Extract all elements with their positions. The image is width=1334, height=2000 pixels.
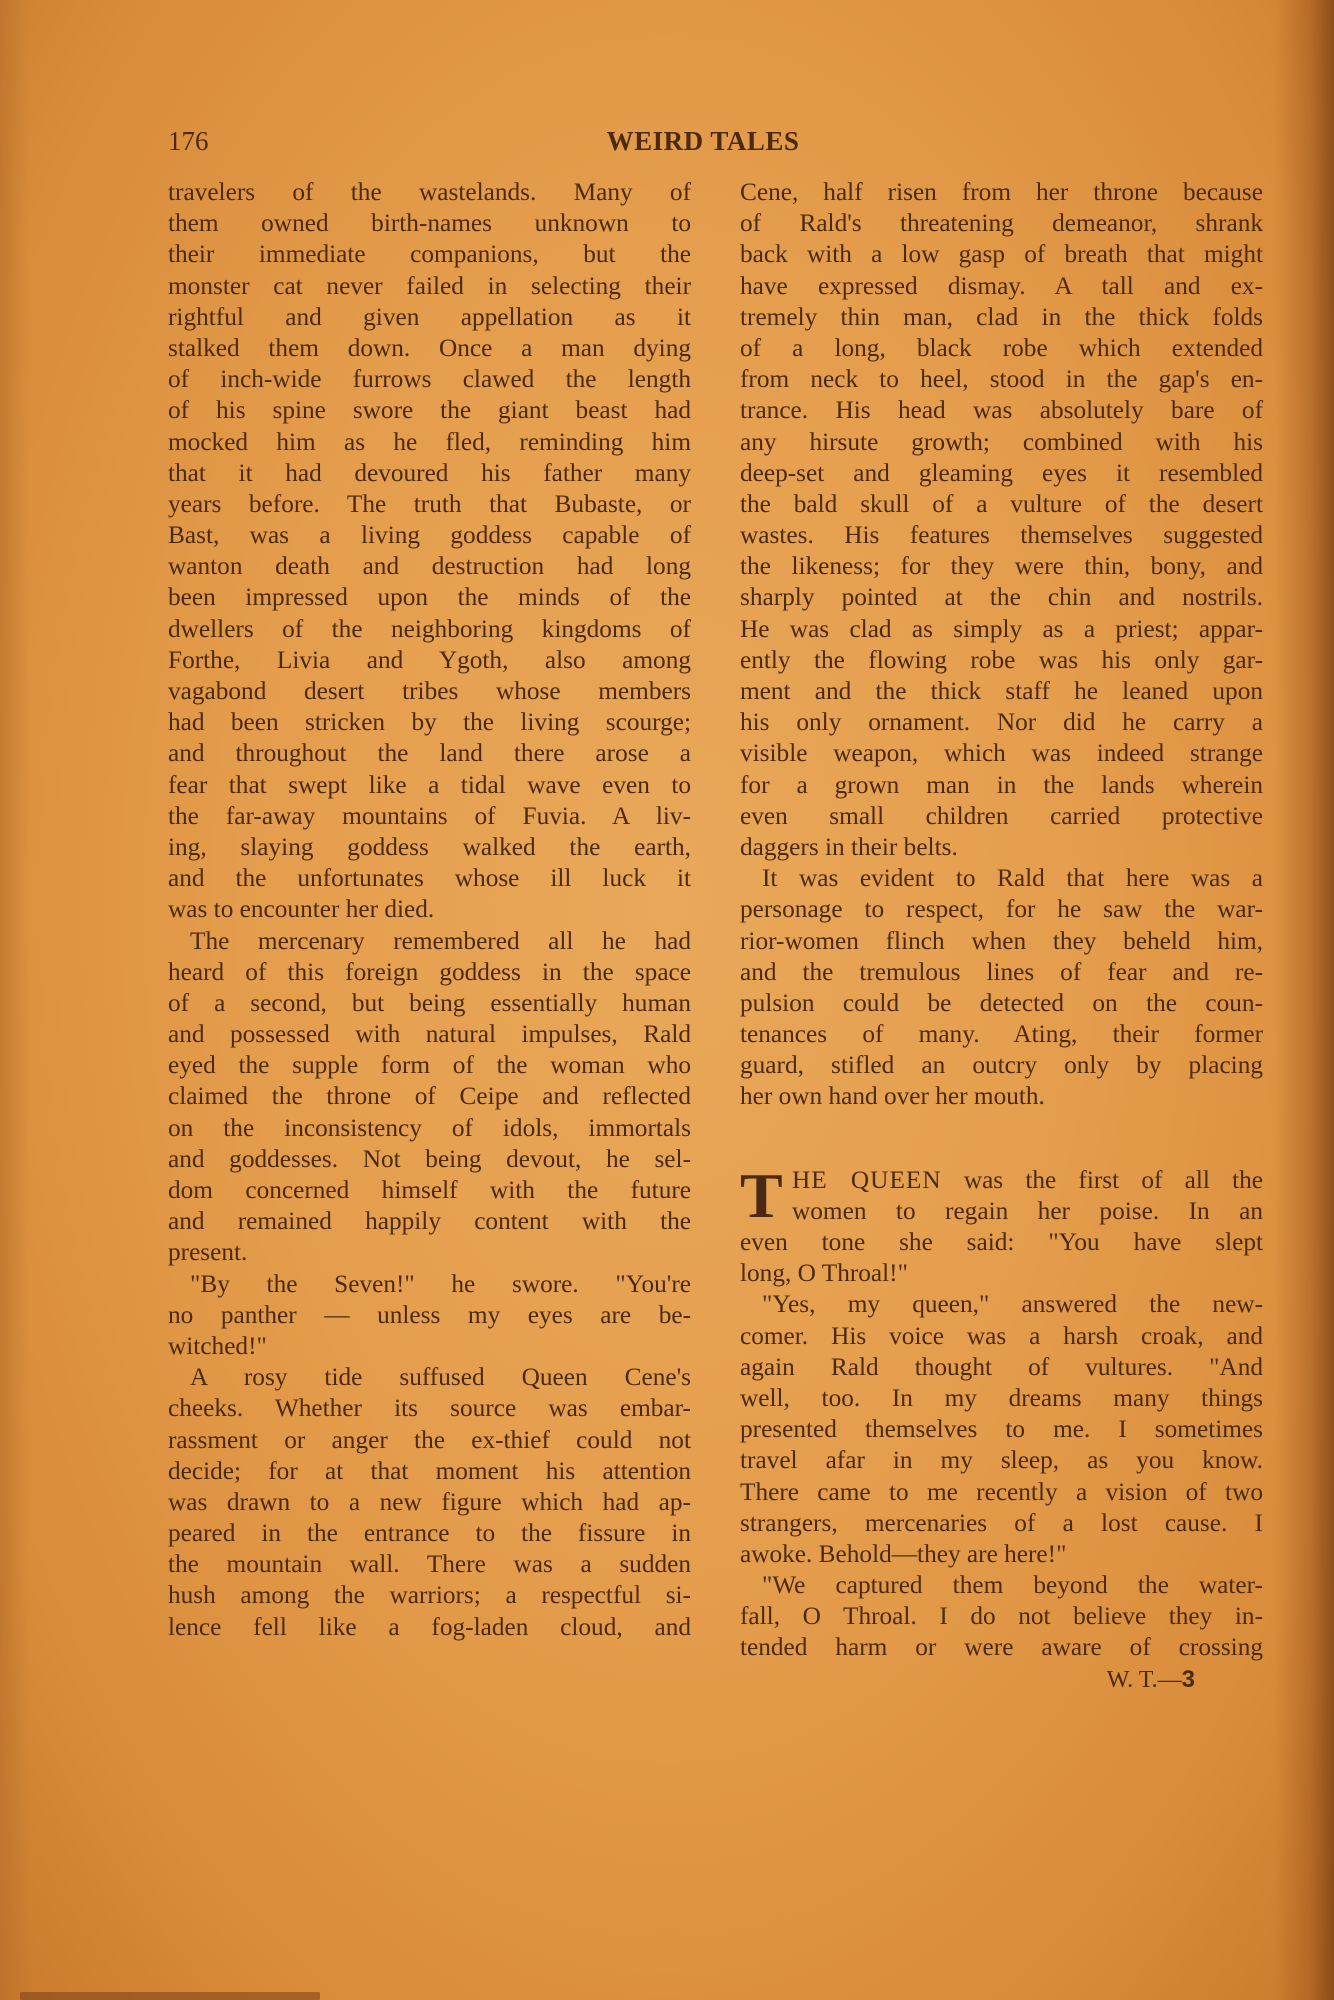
text-line: no panther — unless my eyes are be-: [168, 1300, 691, 1331]
text-line: It was evident to Rald that here was a: [740, 863, 1263, 894]
text-line: any hirsute growth; combined with his: [740, 427, 1263, 458]
text-line: Forthe, Livia and Ygoth, also among: [168, 645, 691, 676]
text-line: "We captured them beyond the water-: [740, 1570, 1263, 1601]
text-line: stalked them down. Once a man dying: [168, 333, 691, 364]
magazine-page: 176 WEIRD TALES travelers of the wastela…: [0, 0, 1334, 2000]
text-line: daggers in their belts.: [740, 832, 1263, 863]
text-line: travelers of the wastelands. Many of: [168, 177, 691, 208]
first-line-rest: was the first of all the: [964, 1166, 1263, 1194]
text-line: tenances of many. Ating, their former: [740, 1019, 1263, 1050]
text-line: ing, slaying goddess walked the earth,: [168, 832, 691, 863]
text-line: lence fell like a fog-laden cloud, and: [168, 1612, 691, 1643]
text-line: tended harm or were aware of crossing: [740, 1632, 1263, 1663]
text-line: rior-women flinch when they beheld him,: [740, 926, 1263, 957]
text-line: monster cat never failed in selecting th…: [168, 271, 691, 302]
section-opening: T HE QUEEN was the first of all the wome…: [740, 1165, 1263, 1227]
text-line: awoke. Behold—they are here!": [740, 1539, 1263, 1570]
text-line: their immediate companions, but the: [168, 239, 691, 270]
text-line: sharply pointed at the chin and nostrils…: [740, 582, 1263, 613]
text-line: wastes. His features themselves suggeste…: [740, 520, 1263, 551]
text-line: of a long, black robe which extended: [740, 333, 1263, 364]
signature-prefix: W. T.—: [1107, 1667, 1182, 1693]
signature-number: 3: [1182, 1666, 1195, 1693]
right-column-part-a: Cene, half risen from her throne because…: [740, 177, 1263, 1113]
text-line: eyed the supple form of the woman who: [168, 1050, 691, 1081]
text-line: fall, O Throal. I do not believe they in…: [740, 1601, 1263, 1632]
text-line: was drawn to a new figure which had ap-: [168, 1487, 691, 1518]
text-line: the far-away mountains of Fuvia. A liv-: [168, 801, 691, 832]
text-line: mocked him as he fled, reminding him: [168, 427, 691, 458]
text-line: "By the Seven!" he swore. "You're: [168, 1269, 691, 1300]
text-line: his only ornament. Nor did he carry a: [740, 707, 1263, 738]
text-line: the mountain wall. There was a sudden: [168, 1549, 691, 1580]
text-line: strangers, mercenaries of a lost cause. …: [740, 1508, 1263, 1539]
text-line: Bast, was a living goddess capable of: [168, 520, 691, 551]
section-gap: [740, 1113, 1263, 1165]
text-line: witched!": [168, 1331, 691, 1362]
text-line: and possessed with natural impulses, Ral…: [168, 1019, 691, 1050]
text-line: again Rald thought of vultures. "And: [740, 1352, 1263, 1383]
text-line: had been stricken by the living scourge;: [168, 707, 691, 738]
text-line: A rosy tide suffused Queen Cene's: [168, 1362, 691, 1393]
text-line: The mercenary remembered all he had: [168, 926, 691, 957]
text-line: guard, stifled an outcry only by placing: [740, 1050, 1263, 1081]
text-line: He was clad as simply as a priest; appar…: [740, 614, 1263, 645]
spine-shadow: [1274, 0, 1334, 2000]
section-first-line: T HE QUEEN was the first of all the: [740, 1165, 1263, 1196]
text-line: visible weapon, which was indeed strange: [740, 738, 1263, 769]
text-line: the bald skull of a vulture of the deser…: [740, 489, 1263, 520]
text-line: ment and the thick staff he leaned upon: [740, 676, 1263, 707]
text-line: tremely thin man, clad in the thick fold…: [740, 302, 1263, 333]
text-line: personage to respect, for he saw the war…: [740, 894, 1263, 925]
text-line: the likeness; for they were thin, bony, …: [740, 551, 1263, 582]
text-line: dom concerned himself with the future: [168, 1175, 691, 1206]
right-column-part-b: even tone she said: "You have sleptlong,…: [740, 1227, 1263, 1664]
text-line: even tone she said: "You have slept: [740, 1227, 1263, 1258]
text-line: and the tremulous lines of fear and re-: [740, 957, 1263, 988]
text-line: fear that swept like a tidal wave even t…: [168, 770, 691, 801]
text-line: hush among the warriors; a respectful si…: [168, 1580, 691, 1611]
text-line: cheeks. Whether its source was embar-: [168, 1393, 691, 1424]
magazine-title: WEIRD TALES: [168, 126, 1238, 157]
text-line: dwellers of the neighboring kingdoms of: [168, 614, 691, 645]
text-line: of a second, but being essentially human: [168, 988, 691, 1019]
text-line: on the inconsistency of idols, immortals: [168, 1113, 691, 1144]
small-caps-lead: HE QUEEN: [792, 1166, 942, 1194]
text-line: comer. His voice was a harsh croak, and: [740, 1321, 1263, 1352]
text-line: from neck to heel, stood in the gap's en…: [740, 364, 1263, 395]
text-line: been impressed upon the minds of the: [168, 582, 691, 613]
text-line: and remained happily content with the: [168, 1206, 691, 1237]
text-line: well, too. In my dreams many things: [740, 1383, 1263, 1414]
text-line: present.: [168, 1237, 691, 1268]
text-line: rassment or anger the ex-thief could not: [168, 1425, 691, 1456]
text-line: even small children carried protective: [740, 801, 1263, 832]
text-line: long, O Throal!": [740, 1258, 1263, 1289]
text-line: There came to me recently a vision of tw…: [740, 1477, 1263, 1508]
text-line: and throughout the land there arose a: [168, 738, 691, 769]
text-line: heard of this foreign goddess in the spa…: [168, 957, 691, 988]
signature-mark: W. T.—3: [740, 1664, 1263, 1695]
text-line: and the unfortunates whose ill luck it: [168, 863, 691, 894]
text-line: presented themselves to me. I sometimes: [740, 1414, 1263, 1445]
text-line: vagabond desert tribes whose members: [168, 676, 691, 707]
text-line: of inch-wide furrows clawed the length: [168, 364, 691, 395]
text-line: peared in the entrance to the fissure in: [168, 1518, 691, 1549]
text-line: them owned birth-names unknown to: [168, 208, 691, 239]
text-line: that it had devoured his father many: [168, 458, 691, 489]
section-second-line: women to regain her poise. In an: [740, 1196, 1263, 1227]
text-line: "Yes, my queen," answered the new-: [740, 1289, 1263, 1320]
text-line: of Rald's threatening demeanor, shrank: [740, 208, 1263, 239]
text-line: ently the flowing robe was his only gar-: [740, 645, 1263, 676]
text-line: trance. His head was absolutely bare of: [740, 395, 1263, 426]
text-line: deep-set and gleaming eyes it resembled: [740, 458, 1263, 489]
text-line: years before. The truth that Bubaste, or: [168, 489, 691, 520]
text-line: travel afar in my sleep, as you know.: [740, 1445, 1263, 1476]
text-line: rightful and given appellation as it: [168, 302, 691, 333]
left-column: travelers of the wastelands. Many ofthem…: [168, 177, 691, 1643]
text-line: her own hand over her mouth.: [740, 1081, 1263, 1112]
text-line: was to encounter her died.: [168, 894, 691, 925]
text-line: of his spine swore the giant beast had: [168, 395, 691, 426]
text-line: claimed the throne of Ceipe and reflecte…: [168, 1081, 691, 1112]
text-line: decide; for at that moment his attention: [168, 1456, 691, 1487]
page-bottom-edge: [20, 1992, 320, 2000]
text-line: have expressed dismay. A tall and ex-: [740, 271, 1263, 302]
text-line: Cene, half risen from her throne because: [740, 177, 1263, 208]
text-line: pulsion could be detected on the coun-: [740, 988, 1263, 1019]
text-line: wanton death and destruction had long: [168, 551, 691, 582]
text-line: for a grown man in the lands wherein: [740, 770, 1263, 801]
text-line: and goddesses. Not being devout, he sel-: [168, 1144, 691, 1175]
page-left-edge: [0, 0, 30, 2000]
running-head: 176 WEIRD TALES: [168, 126, 1238, 166]
text-line: back with a low gasp of breath that migh…: [740, 239, 1263, 270]
right-column: Cene, half risen from her throne because…: [740, 177, 1263, 1695]
